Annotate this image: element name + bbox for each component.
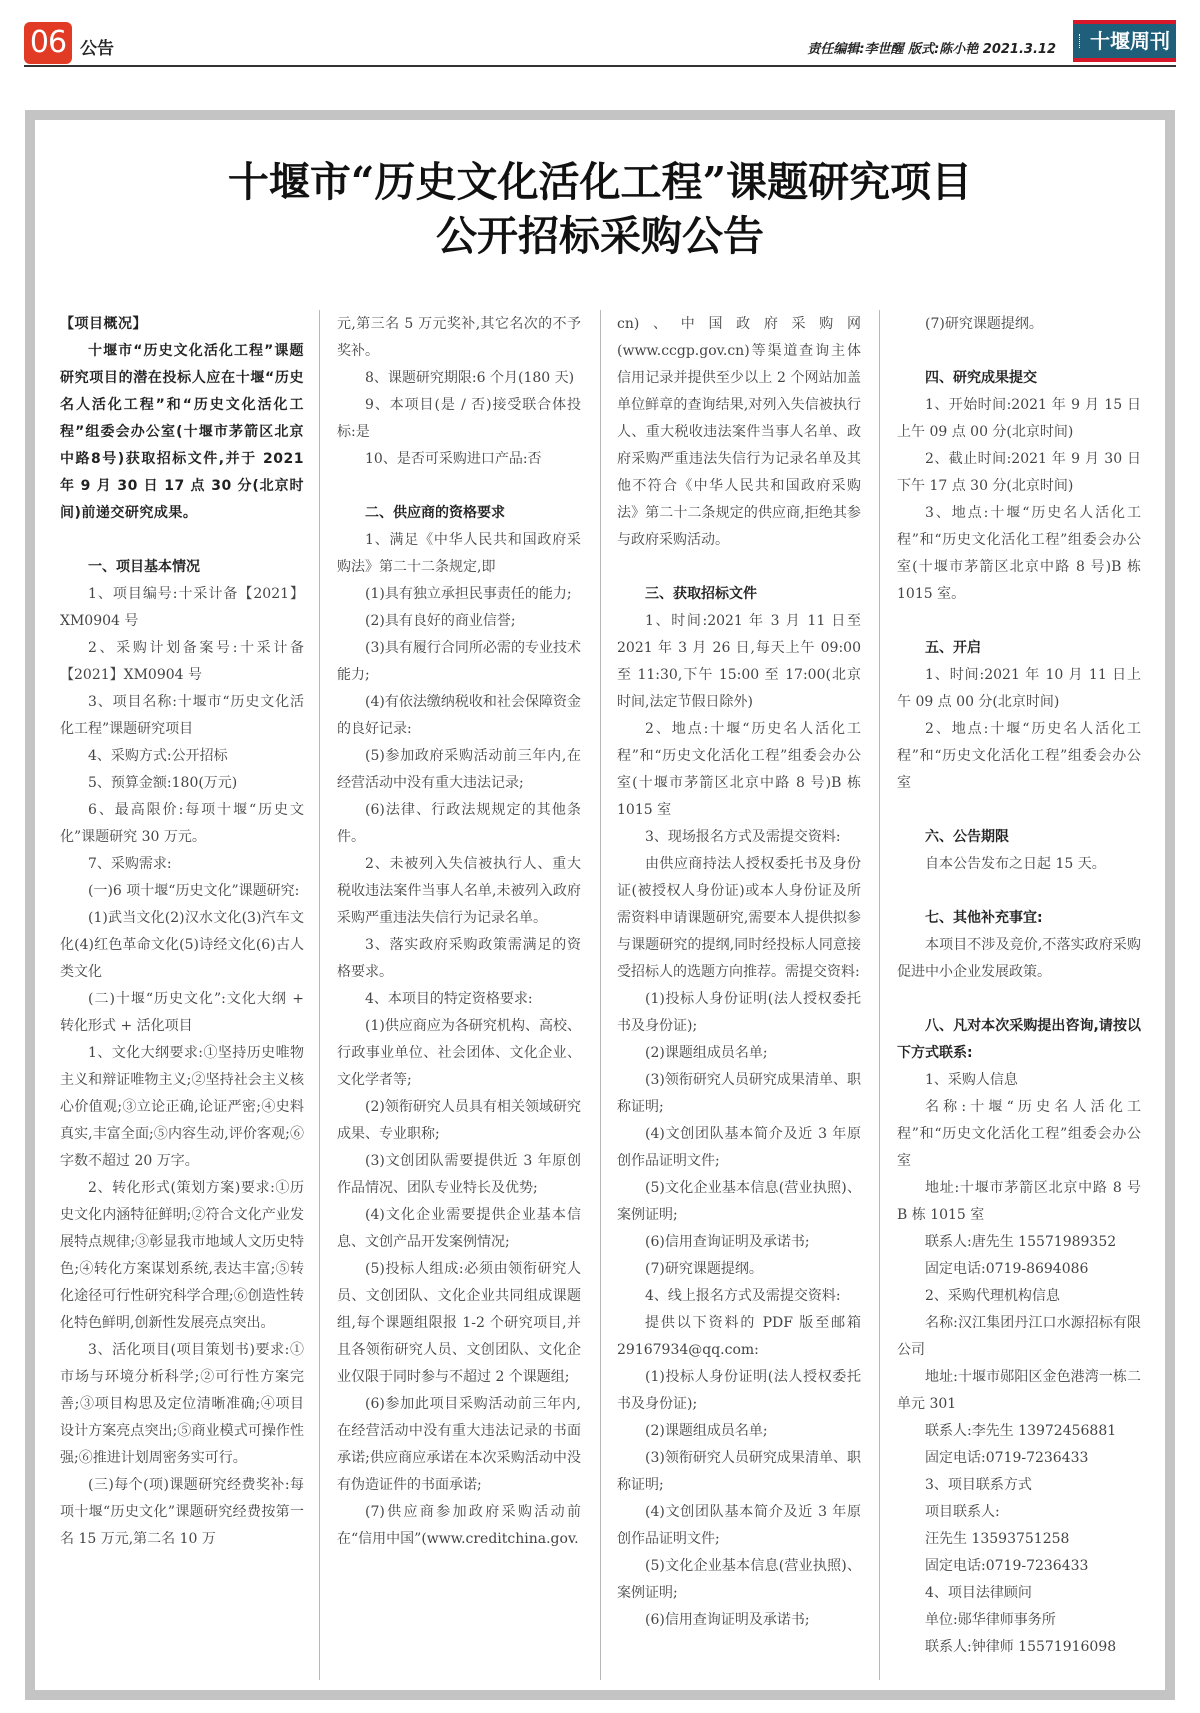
paragraph: (4)有依法缴纳税收和社会保障资金的良好记录: [337,689,581,743]
section-heading-2: 二、供应商的资格要求 [337,500,581,527]
paragraph: 2、采购计划备案号:十采计备【2021】XM0904 号 [60,635,304,689]
paragraph: 3、项目名称:十堰市“历史文化活化工程”课题研究项目 [60,689,304,743]
email-instruction: 提供以下资料的 PDF 版至邮箱 29167934@qq.com: [617,1310,861,1364]
paragraph: 4、项目法律顾问 [897,1580,1141,1607]
paragraph: 单位:郧华律师事务所 [897,1607,1141,1634]
paragraph: 9、本项目(是 / 否)接受联合体投标:是 [337,392,581,446]
column-divider [600,310,601,1680]
column-1: 【项目概况】 十堰市“历史文化活化工程”课题研究项目的潜在投标人应在十堰“历史名… [60,311,304,1553]
paragraph: 7、采购需求: [60,851,304,878]
contact-line: 联系人:钟律师 15571916098 [897,1634,1141,1661]
paragraph: (6)法律、行政法规规定的其他条件。 [337,797,581,851]
paragraph: 地址:十堰市郧阳区金色港湾一栋二单元 301 [897,1364,1141,1418]
paragraph: 2、采购代理机构信息 [897,1283,1141,1310]
paragraph: 名称:十堰“历史名人活化工程”和“历史文化活化工程”组委会办公室 [897,1094,1141,1175]
paragraph: 6、最高限价:每项十堰“历史文化”课题研究 30 万元。 [60,797,304,851]
paragraph: 4、线上报名方式及需提交资料: [617,1283,861,1310]
paragraph: (7)研究课题提纲。 [897,311,1141,338]
paragraph: 2、地点:十堰“历史名人活化工程”和“历史文化活化工程”组委会办公室 [897,716,1141,797]
paragraph: (3)具有履行合同所必需的专业技术能力; [337,635,581,689]
paragraph: 由供应商持法人授权委托书及身份证(被授权人身份证)或本人身份证及所需资料申请课题… [617,851,861,986]
paragraph: (一)6 项十堰“历史文化”课题研究: [60,878,304,905]
paragraph: (3)领衔研究人员研究成果清单、职称证明; [617,1445,861,1499]
paragraph: 自本公告发布之日起 15 天。 [897,851,1141,878]
paragraph: 1、满足《中华人民共和国政府采购法》第二十二条规定,即 [337,527,581,581]
section-heading-7: 七、其他补充事宜: [897,905,1141,932]
paragraph: (1)武当文化(2)汉水文化(3)汽车文化(4)红色革命文化(5)诗经文化(6)… [60,905,304,986]
paragraph: (4)文创团队基本简介及近 3 年原创作品证明文件; [617,1499,861,1553]
paragraph: 1、文化大纲要求:①坚持历史唯物主义和辩证唯物主义;②坚持社会主义核心价值观;③… [60,1040,304,1175]
brand-name: 十堰周刊 [1090,29,1170,53]
paragraph: (4)文化企业需要提供企业基本信息、文创产品开发案例情况; [337,1202,581,1256]
paragraph: 3、落实政府采购政策需满足的资格要求。 [337,932,581,986]
paragraph: (1)具有独立承担民事责任的能力; [337,581,581,608]
overview-text: 十堰市“历史文化活化工程”课题研究项目的潜在投标人应在十堰“历史名人活化工程”和… [60,338,304,527]
title-line-2: 公开招标采购公告 [0,209,1200,263]
section-heading-6: 六、公告期限 [897,824,1141,851]
paragraph: (2)课题组成员名单; [617,1040,861,1067]
paragraph: (6)参加此项目采购活动前三年内,在经营活动中没有重大违法记录的书面承诺;供应商… [337,1391,581,1499]
title-line-1: 十堰市“历史文化活化工程”课题研究项目 [0,155,1200,209]
paragraph: (1)投标人身份证明(法人授权委托书及身份证); [617,986,861,1040]
paragraph: (2)领衔研究人员具有相关领域研究成果、专业职称; [337,1094,581,1148]
paragraph: 2、截止时间:2021 年 9 月 30 日下午 17 点 30 分(北京时间) [897,446,1141,500]
paragraph: (三)每个(项)课题研究经费奖补:每项十堰“历史文化”课题研究经费按第一名 15… [60,1472,304,1553]
paragraph: (二)十堰“历史文化”:文化大纲 + 转化形式 + 活化项目 [60,986,304,1040]
section-heading-5: 五、开启 [897,635,1141,662]
overview-label: 【项目概况】 [60,311,304,338]
paragraph: 2、转化形式(策划方案)要求:①历史文化内涵特征鲜明;②符合文化产业发展特点规律… [60,1175,304,1337]
paragraph: 3、项目联系方式 [897,1472,1141,1499]
column-divider [319,310,320,1680]
paragraph: (4)文创团队基本简介及近 3 年原创作品证明文件; [617,1121,861,1175]
column-3: cn)、中国政府采购网(www.ccgp.gov.cn)等渠道查询主体信用记录并… [617,311,861,1634]
paragraph: (5)文化企业基本信息(营业执照)、案例证明; [617,1553,861,1607]
column-2: 元,第三名 5 万元奖补,其它名次的不予奖补。 8、课题研究期限:6 个月(18… [337,311,581,1553]
page-number-badge: 06 [24,22,72,64]
paragraph: (5)参加政府采购活动前三年内,在经营活动中没有重大违法记录; [337,743,581,797]
contact-line: 联系人:唐先生 15571989352 [897,1229,1141,1256]
column-divider [879,310,880,1680]
paragraph: (1)投标人身份证明(法人授权委托书及身份证); [617,1364,861,1418]
paragraph: 3、地点:十堰“历史名人活化工程”和“历史文化活化工程”组委会办公室(十堰市茅箭… [897,500,1141,608]
contact-line: 固定电话:0719-7236433 [897,1553,1141,1580]
paragraph: 2、地点:十堰“历史名人活化工程”和“历史文化活化工程”组委会办公室(十堰市茅箭… [617,716,861,824]
paragraph: (6)信用查询证明及承诺书; [617,1229,861,1256]
section-name: 公告 [80,34,114,59]
paragraph: (5)投标人组成:必须由领衔研究人员、文创团队、文化企业共同组成课题组,每个课题… [337,1256,581,1391]
paragraph: (3)领衔研究人员研究成果清单、职称证明; [617,1067,861,1121]
masthead: 06 公告 责任编辑:李世醒 版式:陈小艳 2021.3.12 十堰周刊 [24,22,1176,66]
paragraph: (1)供应商应为各研究机构、高校、行政事业单位、社会团体、文化企业、文化学者等; [337,1013,581,1094]
brand-logo-mark-icon [1079,34,1083,48]
paragraph: 4、采购方式:公开招标 [60,743,304,770]
paragraph: (6)信用查询证明及承诺书; [617,1607,861,1634]
column-4: (7)研究课题提纲。 四、研究成果提交 1、开始时间:2021 年 9 月 15… [897,311,1141,1661]
header-divider [24,65,1176,67]
section-heading-3: 三、获取招标文件 [617,581,861,608]
paragraph: 名称:汉江集团丹江口水源招标有限公司 [897,1310,1141,1364]
paragraph: cn)、中国政府采购网(www.ccgp.gov.cn)等渠道查询主体信用记录并… [617,311,861,554]
section-heading-8: 八、凡对本次采购提出咨询,请按以下方式联系: [897,1013,1141,1067]
paragraph: 2、未被列入失信被执行人、重大税收违法案件当事人名单,未被列入政府采购严重违法失… [337,851,581,932]
paragraph: 1、时间:2021 年 10 月 11 日上午 09 点 00 分(北京时间) [897,662,1141,716]
paragraph: (2)具有良好的商业信誉; [337,608,581,635]
section-heading-1: 一、项目基本情况 [60,554,304,581]
article-title: 十堰市“历史文化活化工程”课题研究项目 公开招标采购公告 [0,155,1200,263]
contact-line: 联系人:李先生 13972456881 [897,1418,1141,1445]
paragraph: 3、活化项目(项目策划书)要求:①市场与环境分析科学;②可行性方案完善;③项目构… [60,1337,304,1472]
brand-logo: 十堰周刊 [1073,20,1176,62]
paragraph: 3、现场报名方式及需提交资料: [617,824,861,851]
paragraph: 8、课题研究期限:6 个月(180 天) [337,365,581,392]
paragraph: 元,第三名 5 万元奖补,其它名次的不予奖补。 [337,311,581,365]
paragraph: 1、采购人信息 [897,1067,1141,1094]
paragraph: (7)研究课题提纲。 [617,1256,861,1283]
contact-line: 固定电话:0719-8694086 [897,1256,1141,1283]
paragraph: 本项目不涉及竞价,不落实政府采购促进中小企业发展政策。 [897,932,1141,986]
paragraph: 1、时间:2021 年 3 月 11 日至 2021 年 3 月 26 日,每天… [617,608,861,716]
paragraph: 5、预算金额:180(万元) [60,770,304,797]
paragraph: (2)课题组成员名单; [617,1418,861,1445]
contact-line: 固定电话:0719-7236433 [897,1445,1141,1472]
section-heading-4: 四、研究成果提交 [897,365,1141,392]
paragraph: 1、开始时间:2021 年 9 月 15 日上午 09 点 00 分(北京时间) [897,392,1141,446]
editor-credits: 责任编辑:李世醒 版式:陈小艳 2021.3.12 [807,38,1056,57]
contact-line: 汪先生 13593751258 [897,1526,1141,1553]
paragraph: (7)供应商参加政府采购活动前在“信用中国”(www.creditchina.g… [337,1499,581,1553]
paragraph: 1、项目编号:十采计备【2021】XM0904 号 [60,581,304,635]
paragraph: 地址:十堰市茅箭区北京中路 8 号 B 栋 1015 室 [897,1175,1141,1229]
paragraph: 10、是否可采购进口产品:否 [337,446,581,473]
paragraph: (3)文创团队需要提供近 3 年原创作品情况、团队专业特长及优势; [337,1148,581,1202]
paragraph: (5)文化企业基本信息(营业执照)、案例证明; [617,1175,861,1229]
paragraph: 4、本项目的特定资格要求: [337,986,581,1013]
paragraph: 项目联系人: [897,1499,1141,1526]
